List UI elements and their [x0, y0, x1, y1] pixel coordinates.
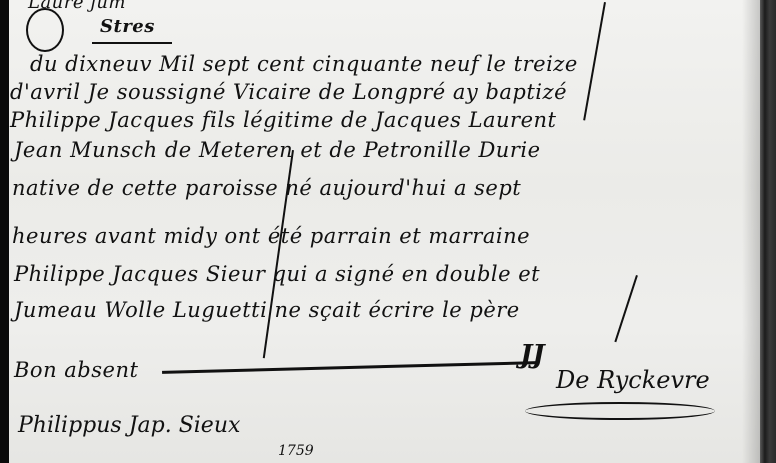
body-line-9: Bon absent [14, 358, 138, 382]
body-line-3: Philippe Jacques fils légitime de Jacque… [10, 108, 557, 132]
decorative-loop-icon [26, 8, 64, 52]
bottom-number: 1759 [278, 443, 314, 459]
descender-stroke [614, 275, 638, 342]
page-gutter-shadow [742, 0, 760, 463]
document-page: Laure jum Stres du dixneuv Mil sept cent… [0, 0, 776, 463]
body-line-4: Jean Munsch de Meteren et de Petronille … [14, 138, 541, 162]
signature-flourish [525, 402, 715, 420]
signature-initials: JJ [520, 340, 545, 370]
body-line-5: native de cette paroisse né aujourd'hui … [12, 176, 521, 200]
body-line-6: heures avant midy ont été parrain et mar… [12, 224, 530, 248]
body-line-8: Jumeau Wolle Luguetti ne sçait écrire le… [14, 298, 520, 322]
signature: De Ryckevre [556, 366, 710, 394]
entry-heading: Stres [100, 16, 155, 37]
closing-rule [162, 361, 537, 374]
scan-left-edge [0, 0, 9, 463]
book-binding [760, 0, 776, 463]
bottom-signature: Philippus Jap. Sieux [18, 413, 240, 438]
body-line-2: d'avril Je soussigné Vicaire de Longpré … [10, 80, 567, 104]
body-line-1: du dixneuv Mil sept cent cinquante neuf … [30, 52, 578, 76]
heading-underline [92, 42, 172, 44]
descender-stroke [583, 2, 606, 121]
